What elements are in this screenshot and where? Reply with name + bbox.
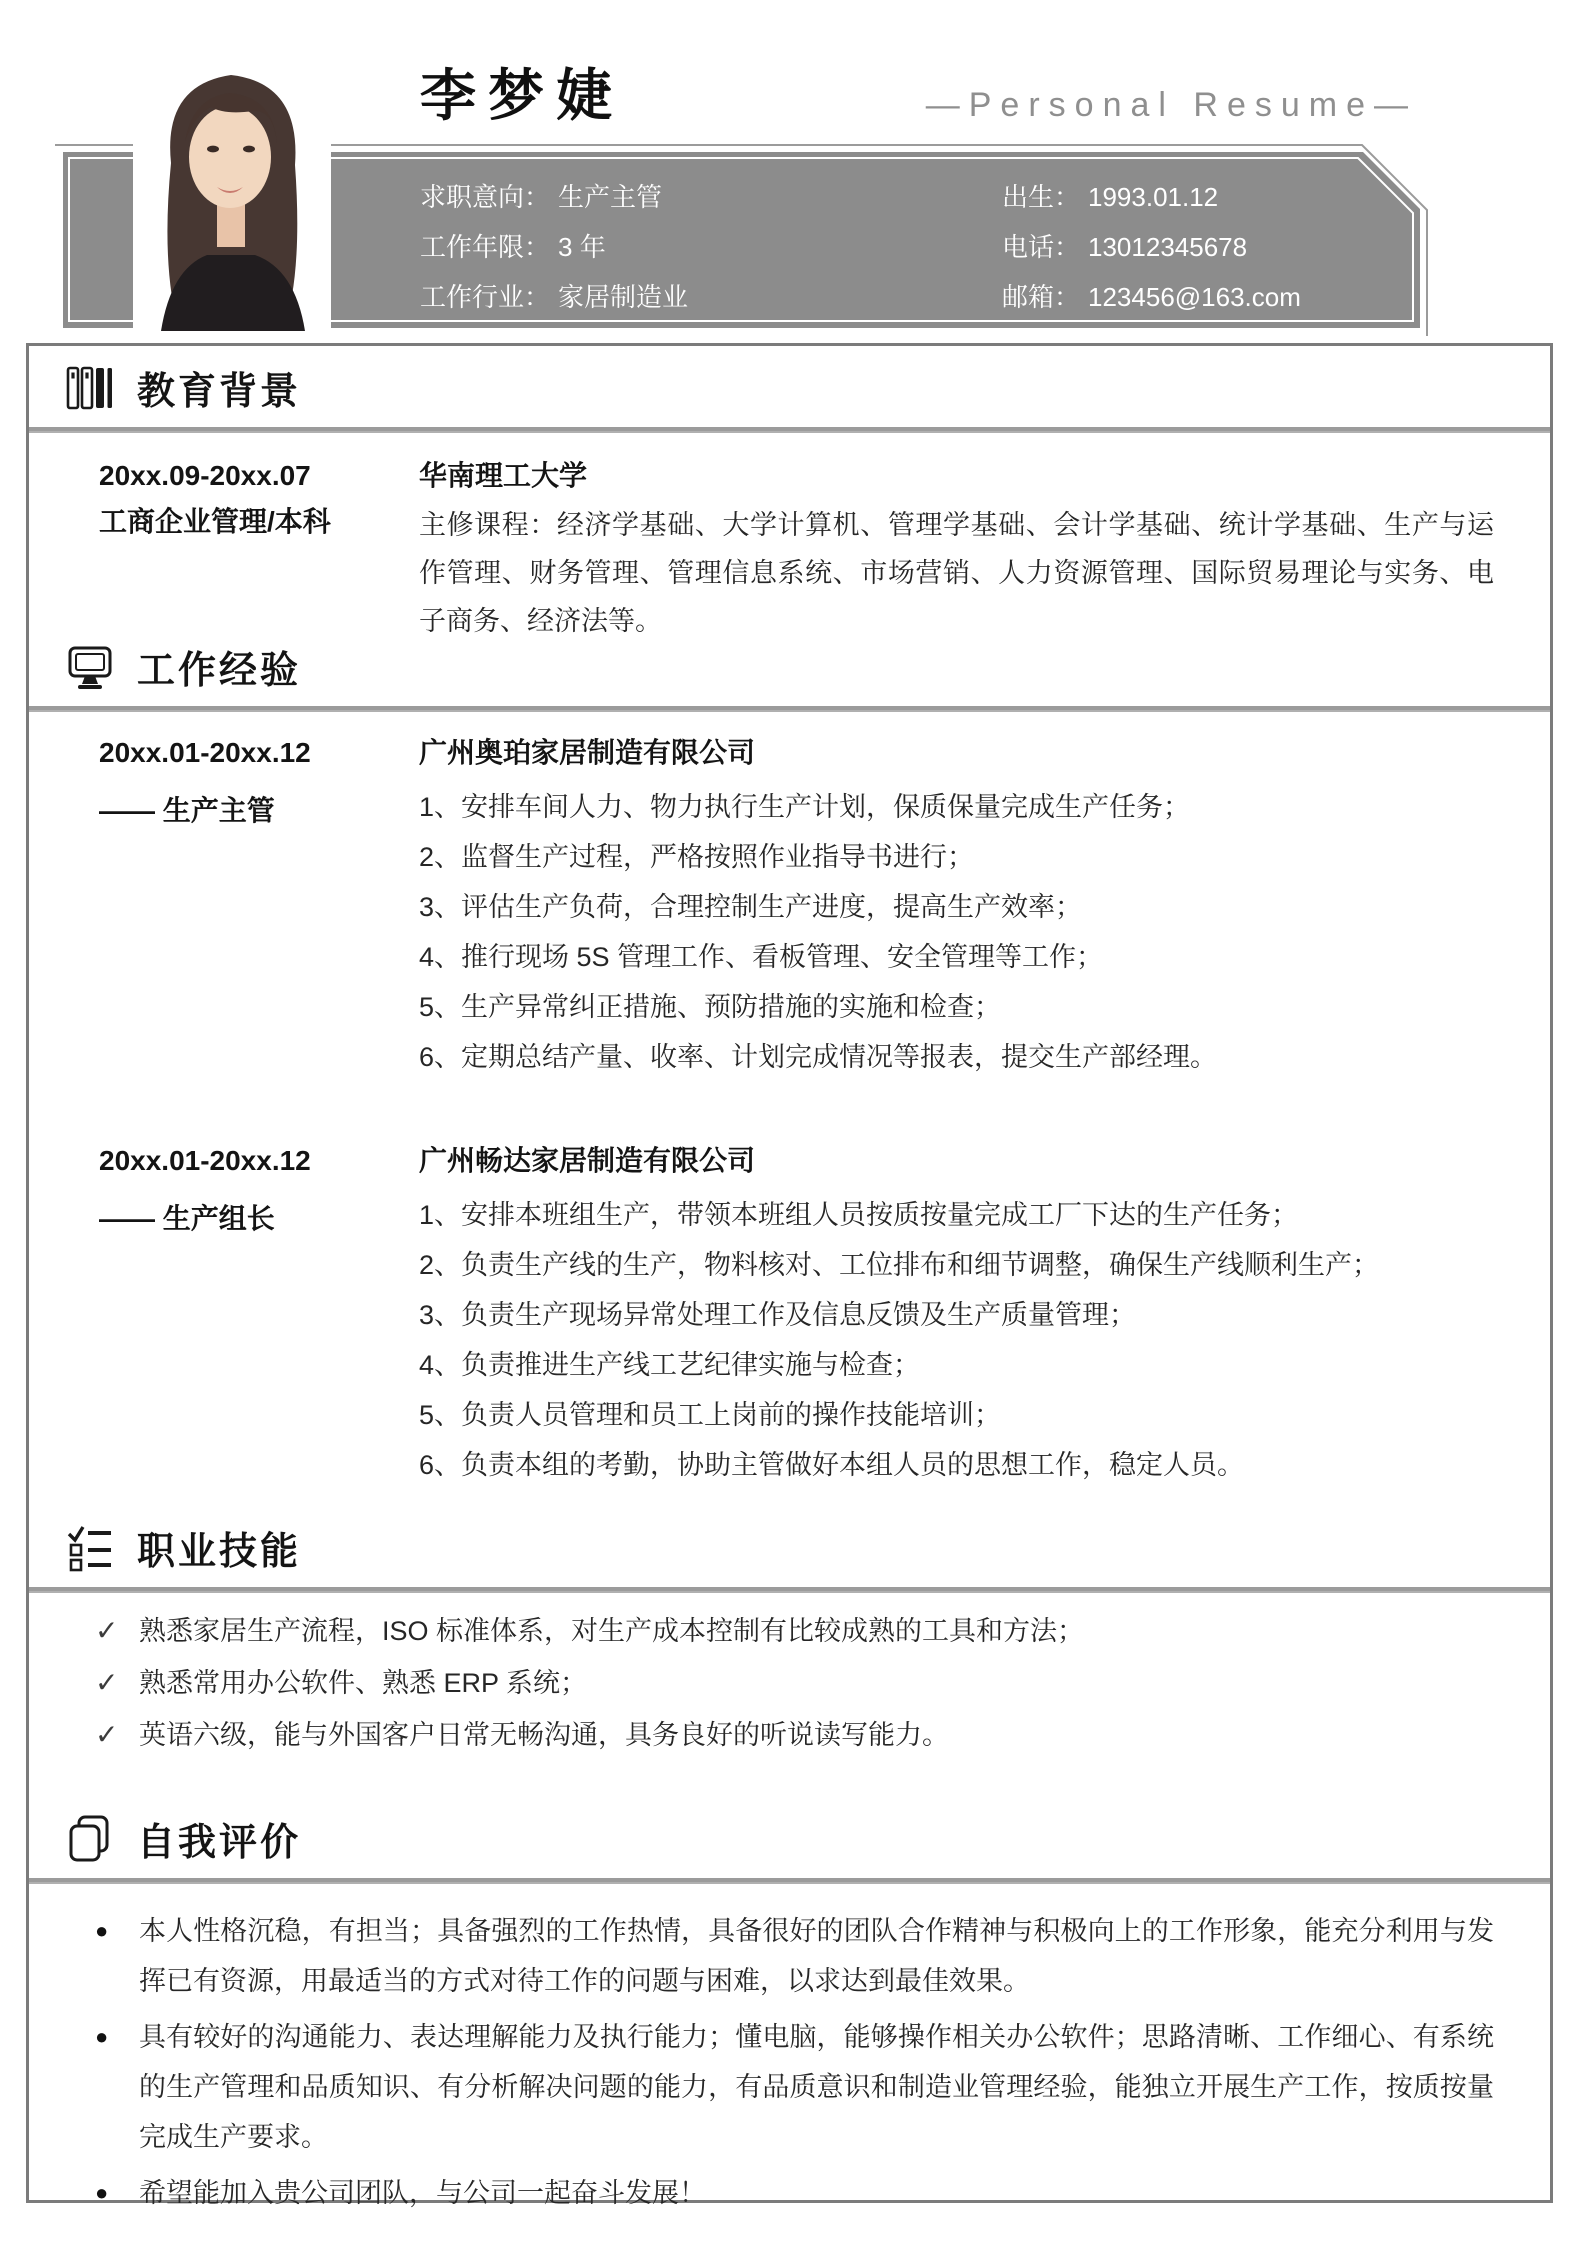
bullet-icon: ●: [95, 2012, 139, 2162]
job-duty: 1、安排本班组生产，带领本班组人员按质按量完成工厂下达的生产任务；: [419, 1190, 1494, 1240]
check-icon: ✓: [95, 1657, 139, 1709]
email-row: 邮箱：123456@163.com: [1002, 272, 1301, 322]
skill-text: 熟悉常用办公软件、熟悉 ERP 系统；: [139, 1657, 587, 1709]
education-left-column: 20xx.09-20xx.07 工商企业管理/本科: [99, 453, 391, 645]
education-major: 工商企业管理/本科: [99, 499, 391, 545]
job-duty: 2、负责生产线的生产，物料核对、工位排布和细节调整，确保生产线顺利生产；: [419, 1240, 1494, 1290]
birth-row: 出生：1993.01.12: [1002, 172, 1301, 222]
job1-right-column: 广州奥珀家居制造有限公司 1、安排车间人力、物力执行生产计划，保质保量完成生产任…: [419, 730, 1494, 1082]
job2-company: 广州畅达家居制造有限公司: [419, 1138, 1494, 1184]
personal-resume-label: —Personal Resume—: [926, 86, 1417, 125]
bullet-icon: ●: [95, 2168, 139, 2218]
birth-label: 出生：: [1002, 182, 1080, 212]
email-value: 123456@163.com: [1088, 282, 1301, 312]
work-years-value: 3 年: [558, 232, 606, 262]
industry-row: 工作行业：家居制造业: [420, 272, 1002, 322]
section-divider: [29, 706, 1550, 712]
job1-role: —— 生产主管: [99, 788, 391, 834]
resume-body: 教育背景 20xx.09-20xx.07 工商企业管理/本科 华南理工大学 主修…: [26, 343, 1553, 2203]
job-duty: 3、评估生产负荷，合理控制生产进度，提高生产效率；: [419, 882, 1494, 932]
section-divider: [29, 427, 1550, 433]
monitor-icon: [65, 642, 115, 692]
job-duty: 2、监督生产过程，严格按照作业指导书进行；: [419, 832, 1494, 882]
job1-period: 20xx.01-20xx.12: [99, 730, 391, 776]
job-duty: 5、生产异常纠正措施、预防措施的实施和检查；: [419, 982, 1494, 1032]
bullet-icon: ●: [95, 1906, 139, 2006]
evaluation-text: 具有较好的沟通能力、表达理解能力及执行能力；懂电脑，能够操作相关办公软件；思路清…: [139, 2012, 1494, 2162]
skill-item: ✓熟悉家居生产流程，ISO 标准体系，对生产成本控制有比较成熟的工具和方法；: [95, 1605, 1494, 1657]
education-period: 20xx.09-20xx.07: [99, 453, 391, 499]
skill-item: ✓英语六级，能与外国客户日常无畅沟通，具务良好的听说读写能力。: [95, 1709, 1494, 1761]
job2-role: —— 生产组长: [99, 1196, 391, 1242]
evaluation-text: 希望能加入贵公司团队，与公司一起奋斗发展！: [139, 2168, 1494, 2218]
check-icon: ✓: [95, 1709, 139, 1761]
evaluation-item: ●希望能加入贵公司团队，与公司一起奋斗发展！: [95, 2168, 1494, 2218]
industry-label: 工作行业：: [420, 282, 550, 312]
skill-text: 熟悉家居生产流程，ISO 标准体系，对生产成本控制有比较成熟的工具和方法；: [139, 1605, 1084, 1657]
section-divider: [29, 1587, 1550, 1593]
phone-label: 电话：: [1002, 232, 1080, 262]
checklist-icon: [65, 1523, 115, 1573]
resume-page: 李梦婕 —Personal Resume— 求职意向：生产主管 工作年限：3 年…: [0, 0, 1587, 2245]
work-years-row: 工作年限：3 年: [420, 222, 1002, 272]
job-duty: 6、定期总结产量、收率、计划完成情况等报表，提交生产部经理。: [419, 1032, 1494, 1082]
check-icon: ✓: [95, 1605, 139, 1657]
books-icon: [65, 363, 115, 413]
birth-value: 1993.01.12: [1088, 182, 1218, 212]
job1-left-column: 20xx.01-20xx.12 —— 生产主管: [99, 730, 391, 1082]
work-years-label: 工作年限：: [420, 232, 550, 262]
section-skills-header: 职业技能: [29, 1506, 1550, 1587]
section-skills-title: 职业技能: [137, 1520, 301, 1575]
industry-value: 家居制造业: [558, 282, 688, 312]
header-info-left: 求职意向：生产主管 工作年限：3 年 工作行业：家居制造业: [420, 172, 1002, 322]
evaluation-item: ●具有较好的沟通能力、表达理解能力及执行能力；懂电脑，能够操作相关办公软件；思路…: [95, 2012, 1494, 2162]
education-school: 华南理工大学: [419, 453, 1494, 499]
section-divider: [29, 1878, 1550, 1884]
education-entry: 20xx.09-20xx.07 工商企业管理/本科 华南理工大学 主修课程：经济…: [99, 453, 1494, 645]
phone-row: 电话：13012345678: [1002, 222, 1301, 272]
skill-item: ✓熟悉常用办公软件、熟悉 ERP 系统；: [95, 1657, 1494, 1709]
section-education-title: 教育背景: [137, 360, 301, 415]
job-duty: 1、安排车间人力、物力执行生产计划，保质保量完成生产任务；: [419, 782, 1494, 832]
phone-value: 13012345678: [1088, 232, 1247, 262]
header-info: 求职意向：生产主管 工作年限：3 年 工作行业：家居制造业 出生：1993.01…: [420, 172, 1380, 322]
job-duty: 6、负责本组的考勤，协助主管做好本组人员的思想工作，稳定人员。: [419, 1440, 1494, 1490]
job-intention-value: 生产主管: [558, 182, 662, 212]
job-intention-label: 求职意向：: [420, 182, 550, 212]
job-duty: 3、负责生产现场异常处理工作及信息反馈及生产质量管理；: [419, 1290, 1494, 1340]
evaluation-list: ●本人性格沉稳，有担当；具备强烈的工作热情，具备很好的团队合作精神与积极向上的工…: [95, 1906, 1494, 2218]
skills-list: ✓熟悉家居生产流程，ISO 标准体系，对生产成本控制有比较成熟的工具和方法； ✓…: [95, 1605, 1494, 1761]
job-intention-row: 求职意向：生产主管: [420, 172, 1002, 222]
email-label: 邮箱：: [1002, 282, 1080, 312]
copy-icon: [65, 1814, 115, 1864]
job2-duties: 1、安排本班组生产，带领本班组人员按质按量完成工厂下达的生产任务； 2、负责生产…: [419, 1190, 1494, 1490]
job1-company: 广州奥珀家居制造有限公司: [419, 730, 1494, 776]
education-right-column: 华南理工大学 主修课程：经济学基础、大学计算机、管理学基础、会计学基础、统计学基…: [419, 453, 1494, 645]
evaluation-text: 本人性格沉稳，有担当；具备强烈的工作热情，具备很好的团队合作精神与积极向上的工作…: [139, 1906, 1494, 2006]
job2-period: 20xx.01-20xx.12: [99, 1138, 391, 1184]
evaluation-item: ●本人性格沉稳，有担当；具备强烈的工作热情，具备很好的团队合作精神与积极向上的工…: [95, 1906, 1494, 2006]
candidate-name: 李梦婕: [420, 52, 624, 132]
job1-duties: 1、安排车间人力、物力执行生产计划，保质保量完成生产任务； 2、监督生产过程，严…: [419, 782, 1494, 1082]
job-entry-1: 20xx.01-20xx.12 —— 生产主管 广州奥珀家居制造有限公司 1、安…: [99, 730, 1494, 1082]
section-evaluation-title: 自我评价: [137, 1811, 301, 1866]
header-info-right: 出生：1993.01.12 电话：13012345678 邮箱：123456@1…: [1002, 172, 1301, 322]
portrait-photo-image: [133, 45, 331, 331]
job-duty: 5、负责人员管理和员工上岗前的操作技能培训；: [419, 1390, 1494, 1440]
job2-right-column: 广州畅达家居制造有限公司 1、安排本班组生产，带领本班组人员按质按量完成工厂下达…: [419, 1138, 1494, 1490]
section-experience-title: 工作经验: [137, 639, 301, 694]
job-duty: 4、推行现场 5S 管理工作、看板管理、安全管理等工作；: [419, 932, 1494, 982]
job-duty: 4、负责推进生产线工艺纪律实施与检查；: [419, 1340, 1494, 1390]
education-courses: 主修课程：经济学基础、大学计算机、管理学基础、会计学基础、统计学基础、生产与运作…: [419, 501, 1494, 645]
skill-text: 英语六级，能与外国客户日常无畅沟通，具务良好的听说读写能力。: [139, 1709, 949, 1761]
job-entry-2: 20xx.01-20xx.12 —— 生产组长 广州畅达家居制造有限公司 1、安…: [99, 1138, 1494, 1490]
section-education-header: 教育背景: [29, 346, 1550, 427]
job2-left-column: 20xx.01-20xx.12 —— 生产组长: [99, 1138, 391, 1490]
portrait-photo: [133, 45, 331, 331]
section-evaluation-header: 自我评价: [29, 1797, 1550, 1878]
